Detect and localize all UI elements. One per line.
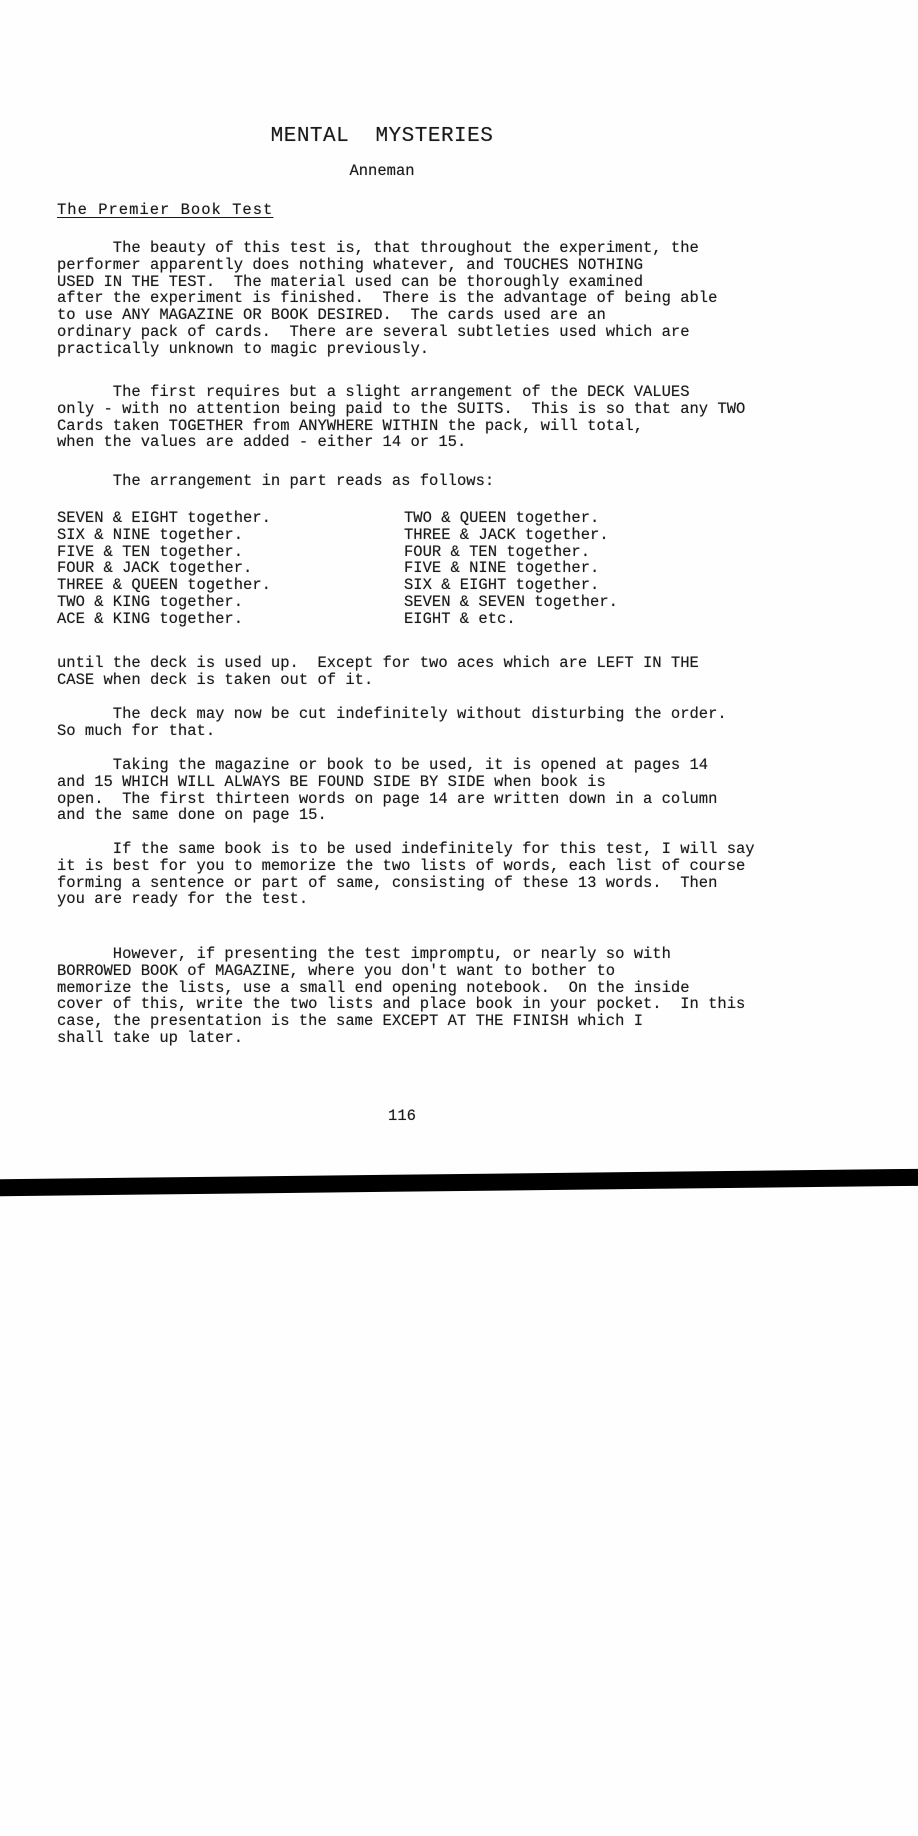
section-heading: The Premier Book Test [57,202,273,219]
page-number: 116 [57,1108,747,1125]
paragraph-arrangement-intro: The arrangement in part reads as follows… [57,473,494,490]
document-title: MENTAL MYSTERIES [57,129,707,146]
paragraph-deck-values: The first requires but a slight arrangem… [57,384,745,451]
card-pairs-list: SEVEN & EIGHT together. SIX & NINE toget… [57,510,757,628]
paragraph-memorize-lists: If the same book is to be used indefinit… [57,841,755,908]
paragraph-impromptu: However, if presenting the test imprompt… [57,946,745,1047]
card-pairs-right-column: TWO & QUEEN together. THREE & JACK toget… [404,510,618,628]
card-pairs-left-column: SEVEN & EIGHT together. SIX & NINE toget… [57,510,404,628]
paragraph-after-list: until the deck is used up. Except for tw… [57,655,699,689]
scan-artifact-bar [0,1169,918,1197]
document-byline: Anneman [57,163,707,180]
paragraph-intro: The beauty of this test is, that through… [57,240,717,358]
paragraph-pages-14-15: Taking the magazine or book to be used, … [57,757,717,824]
paragraph-cut-note: The deck may now be cut indefinitely wit… [57,706,727,740]
scanned-document-page: MENTAL MYSTERIES Anneman The Premier Boo… [0,0,918,1836]
